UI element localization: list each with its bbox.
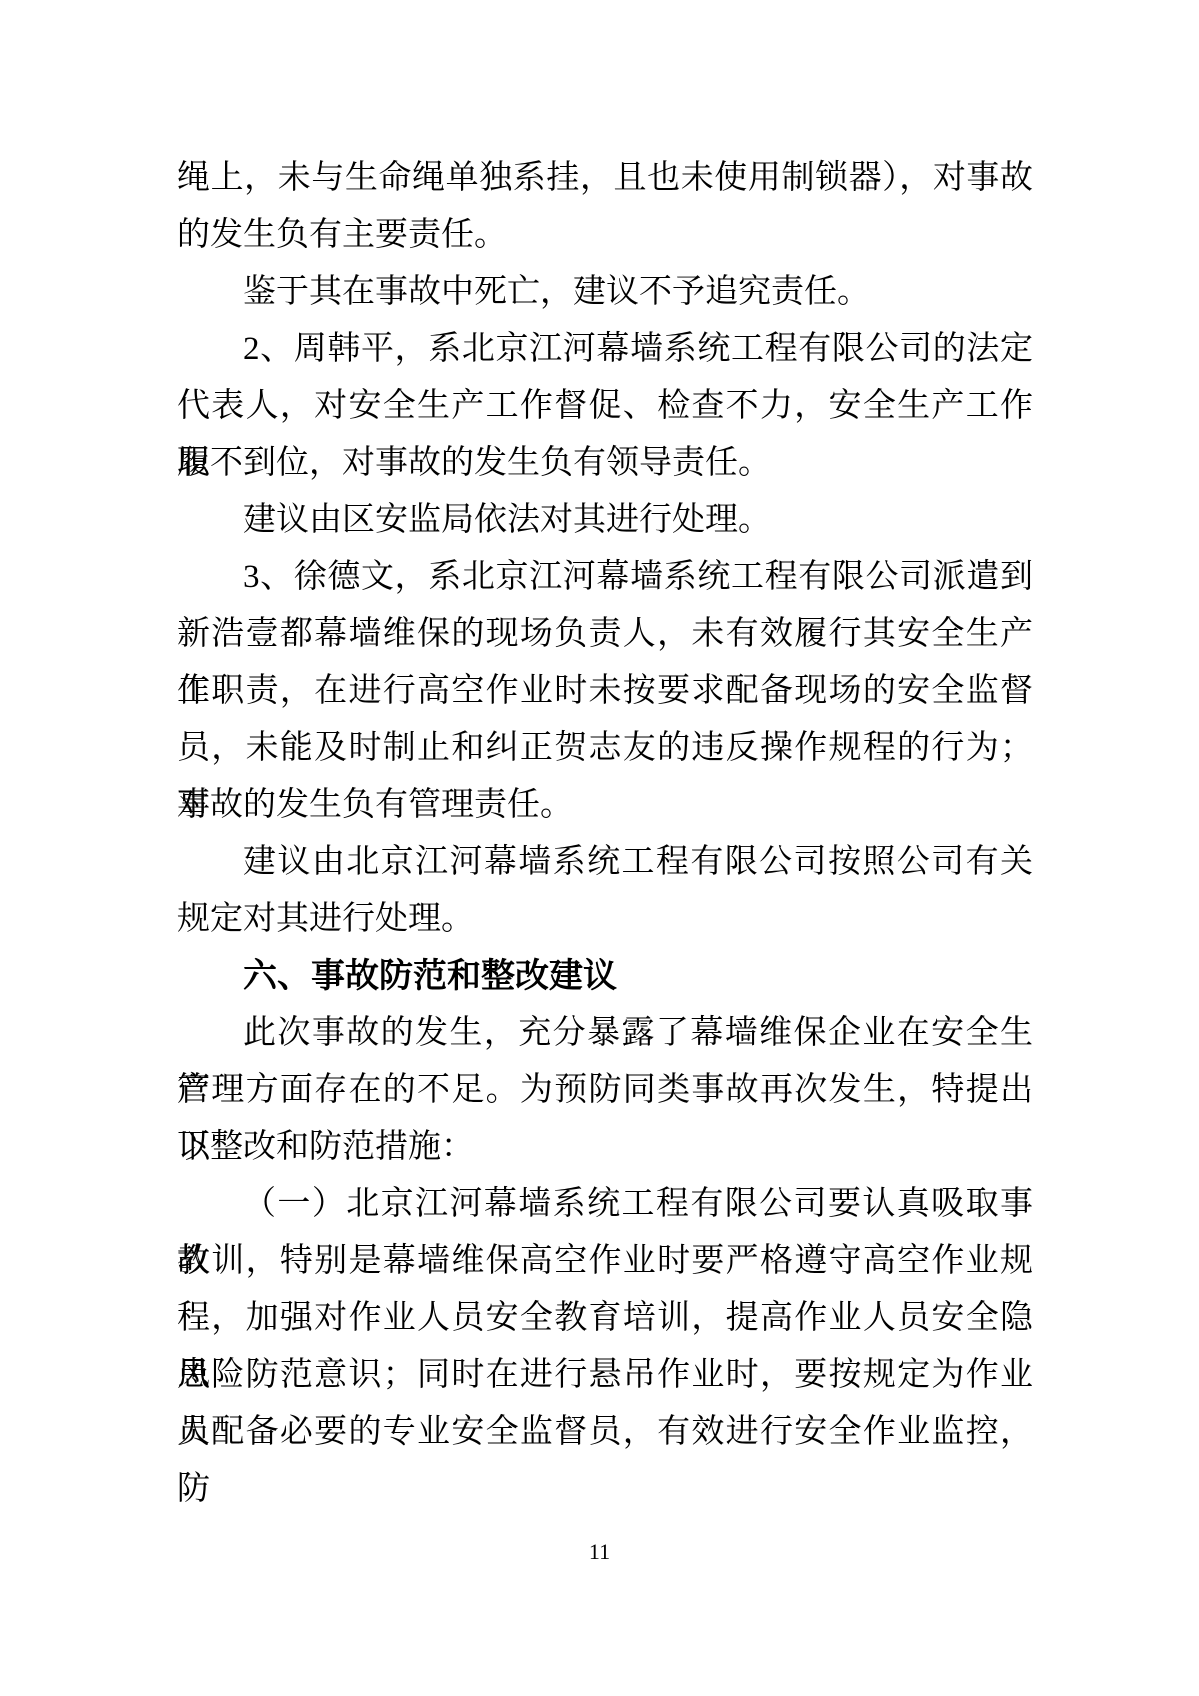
text-line: 新浩壹都幕墙维保的现场负责人，未有效履行其安全生产工 [177,606,1033,663]
text-line: 的发生负有主要责任。 [177,207,1033,264]
text-line: 员，未能及时制止和纠正贺志友的违反操作规程的行为；对 [177,720,1033,777]
text-line: 2、周韩平，系北京江河幕墙系统工程有限公司的法定 [177,321,1033,378]
text-line: 教训，特别是幕墙维保高空作业时要严格遵守高空作业规 [177,1233,1033,1290]
text-line: 绳上，未与生命绳单独系挂，且也未使用制锁器），对事故 [177,150,1033,207]
text-line: 作职责，在进行高空作业时未按要求配备现场的安全监督 [177,663,1033,720]
text-line: 鉴于其在事故中死亡，建议不予追究责任。 [177,264,1033,321]
text-line: 职不到位，对事故的发生负有领导责任。 [177,435,1033,492]
text-line: 建议由区安监局依法对其进行处理。 [177,492,1033,549]
text-line: 风险防范意识；同时在进行悬吊作业时，要按规定为作业人 [177,1347,1033,1404]
text-line: 3、徐德文，系北京江河幕墙系统工程有限公司派遣到 [177,549,1033,606]
text-line: 下整改和防范措施： [177,1119,1033,1176]
document-page: 绳上，未与生命绳单独系挂，且也未使用制锁器），对事故的发生负有主要责任。鉴于其在… [0,0,1199,1696]
text-line: 建议由北京江河幕墙系统工程有限公司按照公司有关 [177,834,1033,891]
text-line: 此次事故的发生，充分暴露了幕墙维保企业在安全生产 [177,1005,1033,1062]
text-line: 程，加强对作业人员安全教育培训，提高作业人员安全隐患 [177,1290,1033,1347]
page-number: 11 [0,1538,1199,1566]
text-line: （一）北京江河幕墙系统工程有限公司要认真吸取事故 [177,1176,1033,1233]
section-heading: 六、事故防范和整改建议 [177,948,1033,1005]
text-block: 绳上，未与生命绳单独系挂，且也未使用制锁器），对事故的发生负有主要责任。鉴于其在… [177,150,1033,1461]
text-line: 事故的发生负有管理责任。 [177,777,1033,834]
text-line: 管理方面存在的不足。为预防同类事故再次发生，特提出以 [177,1062,1033,1119]
text-line: 规定对其进行处理。 [177,891,1033,948]
text-line: 代表人，对安全生产工作督促、检查不力，安全生产工作履 [177,378,1033,435]
text-line: 员配备必要的专业安全监督员，有效进行安全作业监控，防 [177,1404,1033,1461]
